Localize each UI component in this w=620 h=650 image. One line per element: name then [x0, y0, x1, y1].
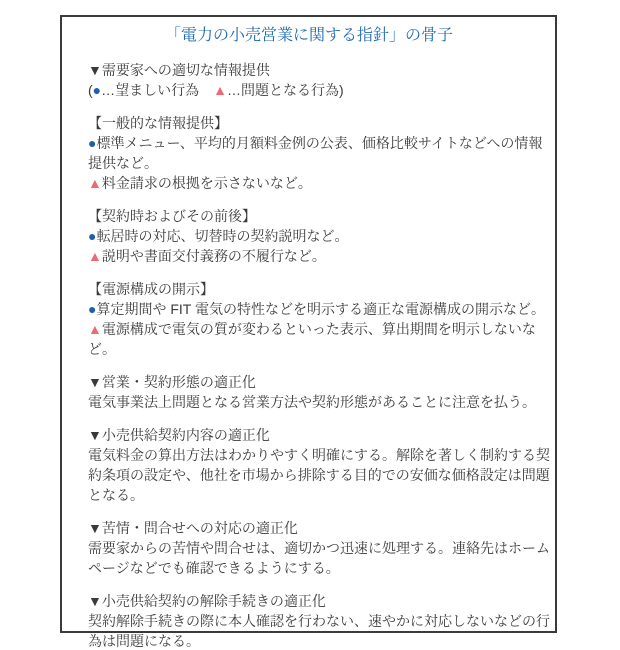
bad-marker-icon: ▲ — [88, 175, 102, 191]
section-heading: 【電源構成の開示】 — [88, 279, 554, 299]
good-item: ●転居時の対応、切替時の契約説明など。 — [88, 226, 554, 246]
arrow-section-retail-contract-content: ▼小売供給契約内容の適正化 電気料金の算出方法はわかりやすく明確にする。解除を著… — [88, 425, 554, 505]
good-item: ●標準メニュー、平均的月額料金例の公表、価格比較サイトなどへの情報提供など。 — [88, 133, 554, 173]
section-heading: ▼小売供給契約内容の適正化 — [88, 425, 554, 445]
bad-item-text: 電源構成で電気の質が変わるといった表示、算出期間を明示しないなど。 — [88, 321, 536, 357]
intro-section: ▼需要家への適切な情報提供 (●…望ましい行為 ▲…問題となる行為) — [88, 60, 554, 100]
page-title: 「電力の小売営業に関する指針」の骨子 — [76, 26, 542, 46]
section-body: 電気事業法上問題となる営業方法や契約形態があることに注意を払う。 — [88, 392, 554, 412]
arrow-section-sales-contract-form: ▼営業・契約形態の適正化 電気事業法上問題となる営業方法や契約形態があることに注… — [88, 372, 554, 412]
good-marker-icon: ● — [93, 82, 101, 98]
section-heading: 【一般的な情報提供】 — [88, 113, 554, 133]
bad-marker-icon: ▲ — [88, 321, 102, 337]
bad-item-text: 料金請求の根拠を示さないなど。 — [102, 175, 312, 191]
section-heading: 【契約時およびその前後】 — [88, 206, 554, 226]
section-body: 需要家からの苦情や問合せは、適切かつ迅速に処理する。連絡先はホームページなどでも… — [88, 538, 554, 578]
bad-item: ▲説明や書面交付義務の不履行など。 — [88, 246, 554, 266]
section-body: 電気料金の算出方法はわかりやすく明確にする。解除を著しく制約する契約条項の設定や… — [88, 445, 554, 505]
section-heading: ▼苦情・問合せへの対応の適正化 — [88, 518, 554, 538]
document-frame: 「電力の小売営業に関する指針」の骨子 ▼需要家への適切な情報提供 (●…望ましい… — [60, 15, 557, 633]
legend-good-label: …望ましい行為 — [101, 82, 213, 98]
bad-marker-icon: ▲ — [88, 248, 102, 264]
arrow-section-contract-cancellation: ▼小売供給契約の解除手続きの適正化 契約解除手続きの際に本人確認を行わない、速や… — [88, 591, 554, 650]
section-heading: ▼営業・契約形態の適正化 — [88, 372, 554, 392]
legend-bad-label: …問題となる行為) — [227, 82, 344, 98]
bracket-section-contract-time: 【契約時およびその前後】 ●転居時の対応、切替時の契約説明など。 ▲説明や書面交… — [88, 206, 554, 266]
bad-item: ▲電源構成で電気の質が変わるといった表示、算出期間を明示しないなど。 — [88, 319, 554, 359]
document-page: 「電力の小売営業に関する指針」の骨子 ▼需要家への適切な情報提供 (●…望ましい… — [0, 0, 620, 650]
section-heading: ▼小売供給契約の解除手続きの適正化 — [88, 591, 554, 611]
good-item-text: 算定期間や FIT 電気の特性などを明示する適正な電源構成の開示など。 — [96, 301, 545, 317]
arrow-section-complaints-inquiries: ▼苦情・問合せへの対応の適正化 需要家からの苦情や問合せは、適切かつ迅速に処理す… — [88, 518, 554, 578]
legend: (●…望ましい行為 ▲…問題となる行為) — [88, 80, 554, 100]
section-body: 契約解除手続きの際に本人確認を行わない、速やかに対応しないなどの行為は問題になる… — [88, 611, 554, 650]
bad-item-text: 説明や書面交付義務の不履行など。 — [102, 248, 326, 264]
intro-heading: ▼需要家への適切な情報提供 — [88, 60, 554, 80]
bad-marker-icon: ▲ — [213, 82, 227, 98]
bad-item: ▲料金請求の根拠を示さないなど。 — [88, 173, 554, 193]
good-item-text: 転居時の対応、切替時の契約説明など。 — [96, 228, 348, 244]
bracket-section-power-source-disclosure: 【電源構成の開示】 ●算定期間や FIT 電気の特性などを明示する適正な電源構成… — [88, 279, 554, 359]
good-item: ●算定期間や FIT 電気の特性などを明示する適正な電源構成の開示など。 — [88, 299, 554, 319]
good-item-text: 標準メニュー、平均的月額料金例の公表、価格比較サイトなどへの情報提供など。 — [88, 135, 542, 171]
bracket-section-general-info: 【一般的な情報提供】 ●標準メニュー、平均的月額料金例の公表、価格比較サイトなど… — [88, 113, 554, 193]
